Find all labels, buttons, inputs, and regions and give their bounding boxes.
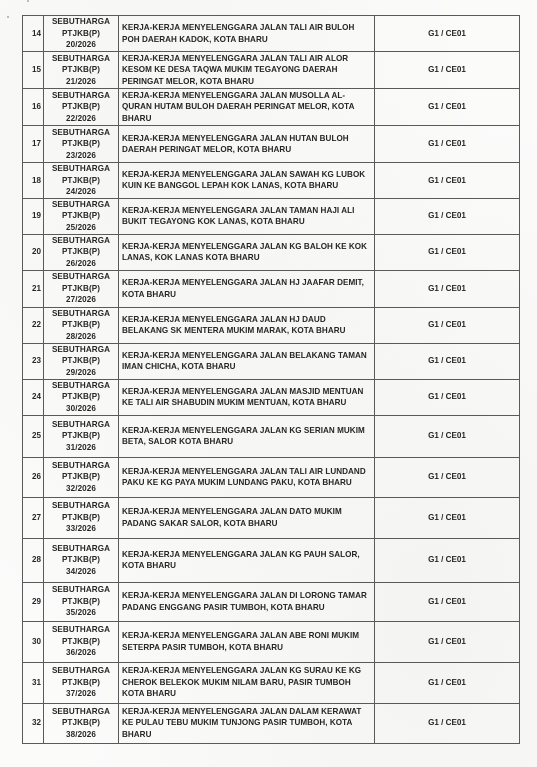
- row-number: 27: [23, 497, 44, 538]
- reference-number: SEBUTHARGA PTJKB(P) 32/2026: [44, 457, 119, 497]
- reference-line-3: 25/2026: [44, 222, 118, 234]
- reference-line-2: PTJKB(P): [44, 355, 118, 367]
- grade-code: G1 / CE01: [375, 582, 520, 621]
- work-title: KERJA-KERJA MENYELENGGARA JALAN DATO MUK…: [119, 497, 375, 538]
- reference-line-3: 35/2026: [44, 607, 118, 619]
- grade-code: G1 / CE01: [375, 415, 520, 457]
- work-title: KERJA-KERJA MENYELENGGARA JALAN HJ JAAFA…: [119, 270, 375, 307]
- grade-code: G1 / CE01: [375, 89, 520, 126]
- reference-line-3: 34/2026: [44, 566, 118, 578]
- reference-line-3: 26/2026: [44, 258, 118, 270]
- reference-line-3: 29/2026: [44, 367, 118, 379]
- row-number: 20: [23, 234, 44, 270]
- reference-line-3: 37/2026: [44, 688, 118, 700]
- reference-line-1: SEBUTHARGA: [44, 665, 118, 677]
- reference-line-3: 32/2026: [44, 483, 118, 495]
- reference-line-1: SEBUTHARGA: [44, 419, 118, 431]
- work-title: KERJA-KERJA MENYELENGGARA JALAN KG PAUH …: [119, 538, 375, 582]
- reference-line-3: 21/2026: [44, 76, 118, 88]
- table-row: 30 SEBUTHARGA PTJKB(P) 36/2026 KERJA-KER…: [23, 621, 520, 662]
- row-number: 26: [23, 457, 44, 497]
- reference-line-1: SEBUTHARGA: [44, 500, 118, 512]
- table-row: 28 SEBUTHARGA PTJKB(P) 34/2026 KERJA-KER…: [23, 538, 520, 582]
- grade-code: G1 / CE01: [375, 234, 520, 270]
- row-number: 28: [23, 538, 44, 582]
- grade-code: G1 / CE01: [375, 621, 520, 662]
- reference-line-2: PTJKB(P): [44, 471, 118, 483]
- table-row: 32 SEBUTHARGA PTJKB(P) 38/2026 KERJA-KER…: [23, 703, 520, 743]
- row-number: 18: [23, 163, 44, 199]
- row-number: 17: [23, 126, 44, 163]
- table-row: 25 SEBUTHARGA PTJKB(P) 31/2026 KERJA-KER…: [23, 415, 520, 457]
- reference-number: SEBUTHARGA PTJKB(P) 24/2026: [44, 163, 119, 199]
- reference-line-2: PTJKB(P): [44, 28, 118, 40]
- reference-line-3: 31/2026: [44, 442, 118, 454]
- reference-number: SEBUTHARGA PTJKB(P) 26/2026: [44, 234, 119, 270]
- work-title: KERJA-KERJA MENYELENGGARA JALAN HUTAN BU…: [119, 126, 375, 163]
- grade-code: G1 / CE01: [375, 703, 520, 743]
- reference-number: SEBUTHARGA PTJKB(P) 21/2026: [44, 52, 119, 89]
- reference-line-3: 23/2026: [44, 150, 118, 162]
- reference-line-2: PTJKB(P): [44, 246, 118, 258]
- grade-code: G1 / CE01: [375, 497, 520, 538]
- reference-line-2: PTJKB(P): [44, 430, 118, 442]
- reference-line-2: PTJKB(P): [44, 138, 118, 150]
- reference-number: SEBUTHARGA PTJKB(P) 23/2026: [44, 126, 119, 163]
- reference-number: SEBUTHARGA PTJKB(P) 29/2026: [44, 343, 119, 379]
- reference-number: SEBUTHARGA PTJKB(P) 30/2026: [44, 379, 119, 415]
- grade-code: G1 / CE01: [375, 16, 520, 52]
- reference-number: SEBUTHARGA PTJKB(P) 37/2026: [44, 662, 119, 703]
- reference-line-3: 28/2026: [44, 331, 118, 343]
- row-number: 16: [23, 89, 44, 126]
- grade-code: G1 / CE01: [375, 270, 520, 307]
- reference-line-1: SEBUTHARGA: [44, 90, 118, 102]
- grade-code: G1 / CE01: [375, 457, 520, 497]
- reference-line-1: SEBUTHARGA: [44, 584, 118, 596]
- reference-number: SEBUTHARGA PTJKB(P) 35/2026: [44, 582, 119, 621]
- reference-line-2: PTJKB(P): [44, 64, 118, 76]
- row-number: 14: [23, 16, 44, 52]
- reference-line-2: PTJKB(P): [44, 717, 118, 729]
- reference-line-3: 20/2026: [44, 39, 118, 51]
- reference-number: SEBUTHARGA PTJKB(P) 25/2026: [44, 198, 119, 234]
- work-title: KERJA-KERJA MENYELENGGARA JALAN TALI AIR…: [119, 52, 375, 89]
- grade-code: G1 / CE01: [375, 662, 520, 703]
- reference-number: SEBUTHARGA PTJKB(P) 36/2026: [44, 621, 119, 662]
- work-title: KERJA-KERJA MENYELENGGARA JALAN TALI AIR…: [119, 457, 375, 497]
- reference-line-3: 24/2026: [44, 186, 118, 198]
- scan-speck: [7, 16, 9, 18]
- reference-line-1: SEBUTHARGA: [44, 235, 118, 247]
- table-row: 23 SEBUTHARGA PTJKB(P) 29/2026 KERJA-KER…: [23, 343, 520, 379]
- table-row: 14 SEBUTHARGA PTJKB(P) 20/2026 KERJA-KER…: [23, 16, 520, 52]
- work-title: KERJA-KERJA MENYELENGGARA JALAN KG BALOH…: [119, 234, 375, 270]
- reference-line-1: SEBUTHARGA: [44, 271, 118, 283]
- row-number: 32: [23, 703, 44, 743]
- reference-number: SEBUTHARGA PTJKB(P) 31/2026: [44, 415, 119, 457]
- reference-line-2: PTJKB(P): [44, 175, 118, 187]
- grade-code: G1 / CE01: [375, 126, 520, 163]
- reference-line-2: PTJKB(P): [44, 596, 118, 608]
- reference-line-2: PTJKB(P): [44, 210, 118, 222]
- reference-line-1: SEBUTHARGA: [44, 163, 118, 175]
- reference-line-3: 33/2026: [44, 523, 118, 535]
- reference-line-3: 27/2026: [44, 294, 118, 306]
- reference-line-1: SEBUTHARGA: [44, 543, 118, 555]
- row-number: 24: [23, 379, 44, 415]
- work-title: KERJA-KERJA MENYELENGGARA JALAN HJ DAUD …: [119, 307, 375, 343]
- reference-line-3: 36/2026: [44, 647, 118, 659]
- reference-number: SEBUTHARGA PTJKB(P) 20/2026: [44, 16, 119, 52]
- reference-line-1: SEBUTHARGA: [44, 16, 118, 28]
- work-title: KERJA-KERJA MENYELENGGARA JALAN KG SURAU…: [119, 662, 375, 703]
- grade-code: G1 / CE01: [375, 307, 520, 343]
- grade-code: G1 / CE01: [375, 52, 520, 89]
- work-title: KERJA-KERJA MENYELENGGARA JALAN SAWAH KG…: [119, 163, 375, 199]
- work-title: KERJA-KERJA MENYELENGGARA JALAN TAMAN HA…: [119, 198, 375, 234]
- reference-line-2: PTJKB(P): [44, 101, 118, 113]
- work-title: KERJA-KERJA MENYELENGGARA JALAN KG SERIA…: [119, 415, 375, 457]
- reference-number: SEBUTHARGA PTJKB(P) 27/2026: [44, 270, 119, 307]
- row-number: 29: [23, 582, 44, 621]
- work-title: KERJA-KERJA MENYELENGGARA JALAN DI LORON…: [119, 582, 375, 621]
- reference-line-3: 38/2026: [44, 729, 118, 741]
- reference-line-2: PTJKB(P): [44, 319, 118, 331]
- work-title: KERJA-KERJA MENYELENGGARA JALAN DALAM KE…: [119, 703, 375, 743]
- grade-code: G1 / CE01: [375, 343, 520, 379]
- reference-line-1: SEBUTHARGA: [44, 199, 118, 211]
- table-row: 26 SEBUTHARGA PTJKB(P) 32/2026 KERJA-KER…: [23, 457, 520, 497]
- reference-line-2: PTJKB(P): [44, 554, 118, 566]
- row-number: 19: [23, 198, 44, 234]
- reference-line-2: PTJKB(P): [44, 677, 118, 689]
- row-number: 23: [23, 343, 44, 379]
- reference-line-1: SEBUTHARGA: [44, 127, 118, 139]
- table-row: 27 SEBUTHARGA PTJKB(P) 33/2026 KERJA-KER…: [23, 497, 520, 538]
- table-row: 21 SEBUTHARGA PTJKB(P) 27/2026 KERJA-KER…: [23, 270, 520, 307]
- row-number: 15: [23, 52, 44, 89]
- table-row: 22 SEBUTHARGA PTJKB(P) 28/2026 KERJA-KER…: [23, 307, 520, 343]
- table-row: 16 SEBUTHARGA PTJKB(P) 22/2026 KERJA-KER…: [23, 89, 520, 126]
- table-row: 31 SEBUTHARGA PTJKB(P) 37/2026 KERJA-KER…: [23, 662, 520, 703]
- table-row: 19 SEBUTHARGA PTJKB(P) 25/2026 KERJA-KER…: [23, 198, 520, 234]
- reference-line-3: 30/2026: [44, 403, 118, 415]
- tender-table: 14 SEBUTHARGA PTJKB(P) 20/2026 KERJA-KER…: [22, 15, 520, 744]
- row-number: 31: [23, 662, 44, 703]
- reference-line-1: SEBUTHARGA: [44, 308, 118, 320]
- reference-line-1: SEBUTHARGA: [44, 706, 118, 718]
- table-row: 18 SEBUTHARGA PTJKB(P) 24/2026 KERJA-KER…: [23, 163, 520, 199]
- reference-line-1: SEBUTHARGA: [44, 460, 118, 472]
- reference-line-1: SEBUTHARGA: [44, 344, 118, 356]
- scanned-document-page: 14 SEBUTHARGA PTJKB(P) 20/2026 KERJA-KER…: [0, 0, 537, 767]
- reference-line-2: PTJKB(P): [44, 283, 118, 295]
- reference-number: SEBUTHARGA PTJKB(P) 33/2026: [44, 497, 119, 538]
- work-title: KERJA-KERJA MENYELENGGARA JALAN BELAKANG…: [119, 343, 375, 379]
- tender-table-body: 14 SEBUTHARGA PTJKB(P) 20/2026 KERJA-KER…: [23, 16, 520, 744]
- table-row: 15 SEBUTHARGA PTJKB(P) 21/2026 KERJA-KER…: [23, 52, 520, 89]
- table-row: 17 SEBUTHARGA PTJKB(P) 23/2026 KERJA-KER…: [23, 126, 520, 163]
- row-number: 30: [23, 621, 44, 662]
- work-title: KERJA-KERJA MENYELENGGARA JALAN TALI AIR…: [119, 16, 375, 52]
- work-title: KERJA-KERJA MENYELENGGARA JALAN MASJID M…: [119, 379, 375, 415]
- reference-line-2: PTJKB(P): [44, 512, 118, 524]
- grade-code: G1 / CE01: [375, 379, 520, 415]
- grade-code: G1 / CE01: [375, 198, 520, 234]
- reference-number: SEBUTHARGA PTJKB(P) 38/2026: [44, 703, 119, 743]
- table-row: 20 SEBUTHARGA PTJKB(P) 26/2026 KERJA-KER…: [23, 234, 520, 270]
- reference-line-3: 22/2026: [44, 113, 118, 125]
- reference-number: SEBUTHARGA PTJKB(P) 28/2026: [44, 307, 119, 343]
- row-number: 21: [23, 270, 44, 307]
- table-row: 29 SEBUTHARGA PTJKB(P) 35/2026 KERJA-KER…: [23, 582, 520, 621]
- work-title: KERJA-KERJA MENYELENGGARA JALAN ABE RONI…: [119, 621, 375, 662]
- reference-line-2: PTJKB(P): [44, 636, 118, 648]
- grade-code: G1 / CE01: [375, 163, 520, 199]
- row-number: 25: [23, 415, 44, 457]
- reference-number: SEBUTHARGA PTJKB(P) 22/2026: [44, 89, 119, 126]
- table-row: 24 SEBUTHARGA PTJKB(P) 30/2026 KERJA-KER…: [23, 379, 520, 415]
- grade-code: G1 / CE01: [375, 538, 520, 582]
- reference-line-1: SEBUTHARGA: [44, 624, 118, 636]
- scan-speck: [27, 0, 29, 2]
- reference-line-1: SEBUTHARGA: [44, 380, 118, 392]
- reference-number: SEBUTHARGA PTJKB(P) 34/2026: [44, 538, 119, 582]
- work-title: KERJA-KERJA MENYELENGGARA JALAN MUSOLLA …: [119, 89, 375, 126]
- reference-line-1: SEBUTHARGA: [44, 53, 118, 65]
- reference-line-2: PTJKB(P): [44, 391, 118, 403]
- row-number: 22: [23, 307, 44, 343]
